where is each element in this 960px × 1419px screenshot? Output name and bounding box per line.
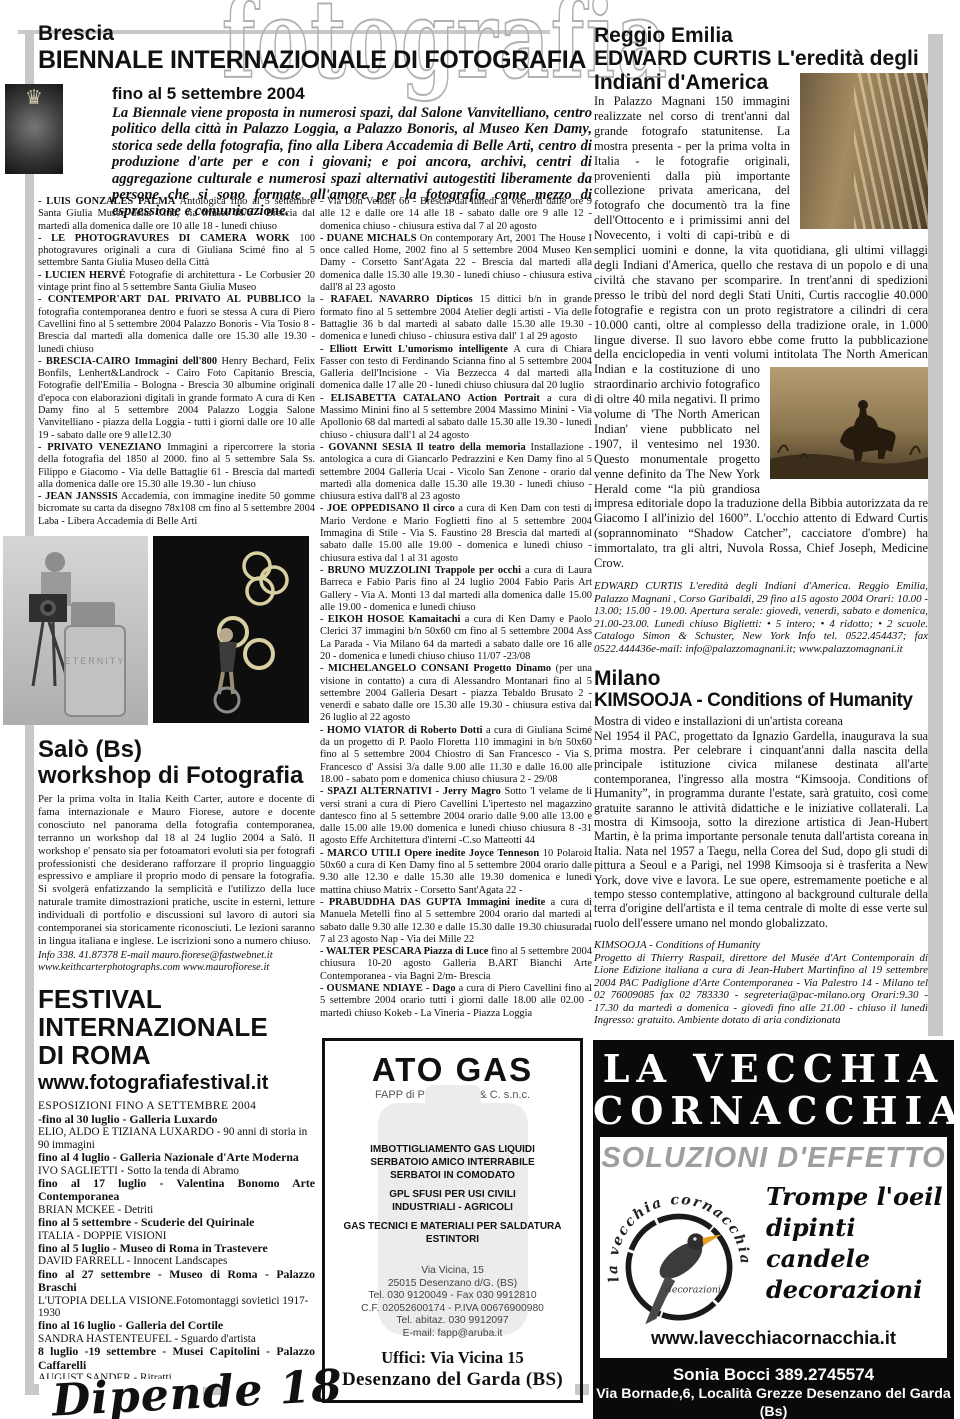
exhibition-entry: - MICHELANGELO CONSANI Progetto Dinamo (… [320,663,592,724]
cornacchia-panel: SOLUZIONI D'EFFETTO la vecchia cornacchi… [600,1137,947,1358]
horse-rider-photo [770,367,928,479]
address-line: E-mail: fapp@aruba.it [325,1328,580,1341]
festival-entry: -fino al 30 luglio - Galleria LuxardoELI… [38,1113,315,1151]
kimsooja-info-title: KIMSOOJA - Conditions of Humanity [594,939,760,951]
exhibition-entry: - Via Don Vender 66 - Brescia dal lunedì… [320,196,592,233]
address-line: Tel. 030 9120049 - Fax 030 9912810 [325,1290,580,1303]
festival-entries: -fino al 30 luglio - Galleria LuxardoELI… [38,1113,315,1379]
exhibition-entry: - PRIVATO VENEZIANO Immagini a ripercorr… [38,442,315,491]
exhibition-entry: - DUANE MICHALS On contemporary Art, 200… [320,233,592,294]
salo-city: Salò (Bs) [38,737,315,763]
exhibition-entry: - ELISABETTA CATALANO Action Portrait a … [320,393,592,442]
ato-gas-offices: Uffici: Via Vicina 15 Desenzano del Gard… [325,1348,580,1391]
address-line: Via Vicina, 15 [325,1265,580,1278]
address-line: Tel. abitaz. 030 9912097 [325,1315,580,1328]
reggio-city: Reggio Emilia [594,24,928,47]
indian-chief-photo [800,73,928,229]
brescia-listings-left: - LUIS GONZÀLES PALMA Antologica fino al… [38,196,315,536]
page-city-brescia: Brescia [38,22,114,46]
frame-square [25,1384,39,1395]
kimsooja-title: KIMSOOJA - Conditions of Humanity [594,690,928,712]
cornacchia-title-line1: LA VECCHIA [593,1048,954,1090]
crowned-portrait-photo: ♛ [5,84,63,174]
service-line: SERBATOIO AMICO INTERRABILE [325,1156,580,1169]
cornacchia-tagline: SOLUZIONI D'EFFETTO [600,1142,947,1175]
address-line: C.F. 02052600174 - P.IVA 00676900980 [325,1303,580,1316]
festival-entry: fino al 5 settembre - Scuderie del Quiri… [38,1216,315,1242]
ato-gas-name: ATO GAS [325,1053,580,1086]
logo-inner-text: decorazioni [666,1284,721,1295]
exhibition-entry: - GOVANNI SESIA Il teatro della memoria … [320,442,592,503]
salo-info: Info 338. 41.87378 E-mail mauro.fiorese@… [38,950,315,975]
reggio-info: EDWARD CURTIS L'eredità degli Indiani d'… [594,580,928,655]
milano-city: Milano [594,667,928,690]
contact-name-phone: Sonia Bocci 389.2745574 [593,1365,954,1385]
address-line: 25015 Desenzano d/G. (BS) [325,1278,580,1291]
reggio-title-line1: EDWARD CURTIS L'eredità degli [594,47,928,70]
ato-gas-services: IMBOTTIGLIAMENTO GAS LIQUIDISERBATOIO AM… [325,1143,580,1246]
festival-entry: fino al 5 luglio - Museo di Roma in Tras… [38,1242,315,1268]
crow-logo: la vecchia cornacchia decorazioni [604,1177,754,1329]
service-word: decorazioni [766,1274,943,1305]
biennale-title: BIENNALE INTERNAZIONALE DI FOTOGRAFIA [38,46,586,75]
biennale-dates: fino al 5 settembre 2004 [112,84,305,104]
exhibition-entry: - CONTEMPOR'ART DAL PRIVATO AL PUBBLICO … [38,294,315,355]
service-line: IMBOTTIGLIAMENTO GAS LIQUIDI [325,1143,580,1156]
brescia-listings-middle: - Via Don Vender 66 - Brescia dal lunedì… [320,196,592,1036]
exhibition-entry: - PRABUDDHA DAS GUPTA Immagini inedite a… [320,897,592,946]
office-line2: Desenzano del Garda (BS) [325,1368,580,1391]
exhibition-entry: - JEAN JANSSIS Accademia, con immagine i… [38,491,315,528]
festival-title-line1: FESTIVAL [38,985,315,1013]
kimsooja-body: Nel 1954 il PAC, progettato da Ignazio G… [594,729,928,931]
exhibition-entry: - Elliott Erwitt L'umorismo intelligente… [320,344,592,393]
exhibition-entry: - BRESCIA-CAIRO Immagini dell'800 Henry … [38,356,315,442]
kimsooja-lead: Mostra di video e installazioni di un'ar… [594,714,928,729]
exhibition-entry: - OUSMANE NDIAYE - Dago a cura di Piero … [320,983,592,1020]
kimsooja-info-body: Progetto di Thierry Raspail, direttore d… [594,952,928,1027]
festival-title-line2: INTERNAZIONALE [38,1013,315,1041]
exhibition-entry: - LUIS GONZÀLES PALMA Antologica fino al… [38,196,315,233]
kimsooja-info: KIMSOOJA - Conditions of HumanityProgett… [594,939,928,1027]
service-line: INDUSTRIALI - AGRICOLI [325,1201,580,1214]
exhibition-entry: - WALTER PESCARA Piazza di Luce fino al … [320,946,592,983]
eternity-label: ETERNITY [65,656,126,666]
salo-info-line2: www.keithcarterphotographs.com www.mauro… [38,962,269,973]
salo-title: workshop di Fotografia [38,763,315,789]
salo-info-line1: Info 338. 41.87378 E-mail mauro.fiorese@… [38,950,273,961]
service-line: GAS TECNICI E MATERIALI PER SALDATURA [325,1220,580,1233]
ato-gas-address: Via Vicina, 1525015 Desenzano d/G. (BS)T… [325,1265,580,1341]
crown-icon: ♛ [25,88,43,108]
festival-lead: ESPOSIZIONI FINO A SETTEMBRE 2004 [38,1099,315,1113]
cornacchia-services: Trompe l'oeildipinticandeledecorazioni [766,1177,943,1329]
exhibition-entry: - LUCIEN HERVÉ Fotografie di architettur… [38,270,315,295]
cornacchia-ad: LA VECCHIA CORNACCHIA SOLUZIONI D'EFFETT… [593,1040,954,1419]
exhibition-entry: - SPAZI ALTERNATIVI - Jerry Magro Sotto … [320,786,592,847]
contact-address: Via Bornade,6, Località Grezze Desenzano… [593,1385,954,1419]
exhibition-entry: - LE PHOTOGRAVURES DI CAMERA WORK 100 ph… [38,233,315,270]
festival-title-line3: DI ROMA [38,1041,315,1069]
festival-entry: fino al 4 luglio - Galleria Nazionale d'… [38,1151,315,1177]
exhibition-entry: - BRUNO MUZZOLINI Trappole per occhi a c… [320,565,592,614]
exhibition-entry: - MARCO UTILI Opere inedite Joyce Tennes… [320,848,592,897]
cornacchia-contact: Sonia Bocci 389.2745574 Via Bornade,6, L… [593,1358,954,1419]
exhibition-entry: - JOE OPPEDISANO Il circo a cura di Ken … [320,503,592,564]
service-line: GPL SFUSI PER USI CIVILI [325,1188,580,1201]
festival-entry: fino al 16 luglio - Galleria del Cortile… [38,1319,315,1345]
office-line1: Uffici: Via Vicina 15 [325,1348,580,1368]
service-word: Trompe l'oeil [766,1181,943,1212]
right-column: Reggio Emilia EDWARD CURTIS L'eredità de… [594,24,928,1036]
festival-website: www.fotografiafestival.it [38,1071,315,1095]
service-word: dipinti [766,1212,943,1243]
service-line: ESTINTORI [325,1233,580,1246]
festival-entry: fino al 27 settembre - Museo di Roma - P… [38,1268,315,1320]
reggio-article: Indiani d'America In Palazzo Magnani 150… [594,71,928,571]
juggler-photo [153,536,309,723]
left-bottom-section: Salò (Bs) workshop di Fotografia Per la … [38,737,315,1379]
service-word: candele [766,1243,943,1274]
festival-entry: fino al 17 luglio - Valentina Bonomo Art… [38,1177,315,1216]
exhibition-entry: - HOMO VIATOR di Roberto Dotti a cura di… [320,725,592,786]
ato-gas-ad: ATO GAS FAPP di Papa Albina & C. s.n.c. … [322,1038,583,1403]
service-line: SERBATOI IN COMODATO [325,1169,580,1182]
salo-body: Per la prima volta in Italia Keith Carte… [38,793,315,948]
photographer-still-life-photo: ETERNITY [3,536,148,725]
cornacchia-website: www.lavecchiacornacchia.it [600,1327,947,1349]
cornacchia-title-line2: CORNACCHIA [593,1090,954,1132]
right-frame-bar [928,34,943,1036]
exhibition-entry: - RAFAEL NAVARRO Dipticos 15 dittici b/n… [320,294,592,343]
exhibition-entry: - EIKOH HOSOE Kamaitachi a cura di Ken D… [320,614,592,663]
